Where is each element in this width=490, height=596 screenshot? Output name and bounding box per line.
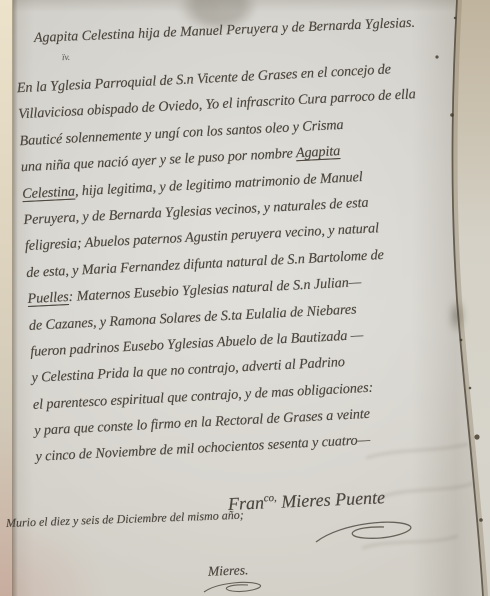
underlined-name: Puelles [27,289,69,307]
ink-bleedthrough [356,436,482,586]
record-body: En la Yglesia Parroquial de S.n Vicente … [16,53,473,471]
text-segment: Mieres Puente [276,487,385,512]
underlined-name: Celestina [22,183,75,202]
signature-rubric-icon [312,516,416,550]
register-page-photo: Agapita Celestina hija de Manuel Peruyer… [0,0,490,596]
underlined-name: Agapita [296,143,341,161]
text-segment: co, [264,492,277,505]
second-signature-rubric-icon [202,578,266,596]
margin-mark: ïv. [62,52,70,62]
